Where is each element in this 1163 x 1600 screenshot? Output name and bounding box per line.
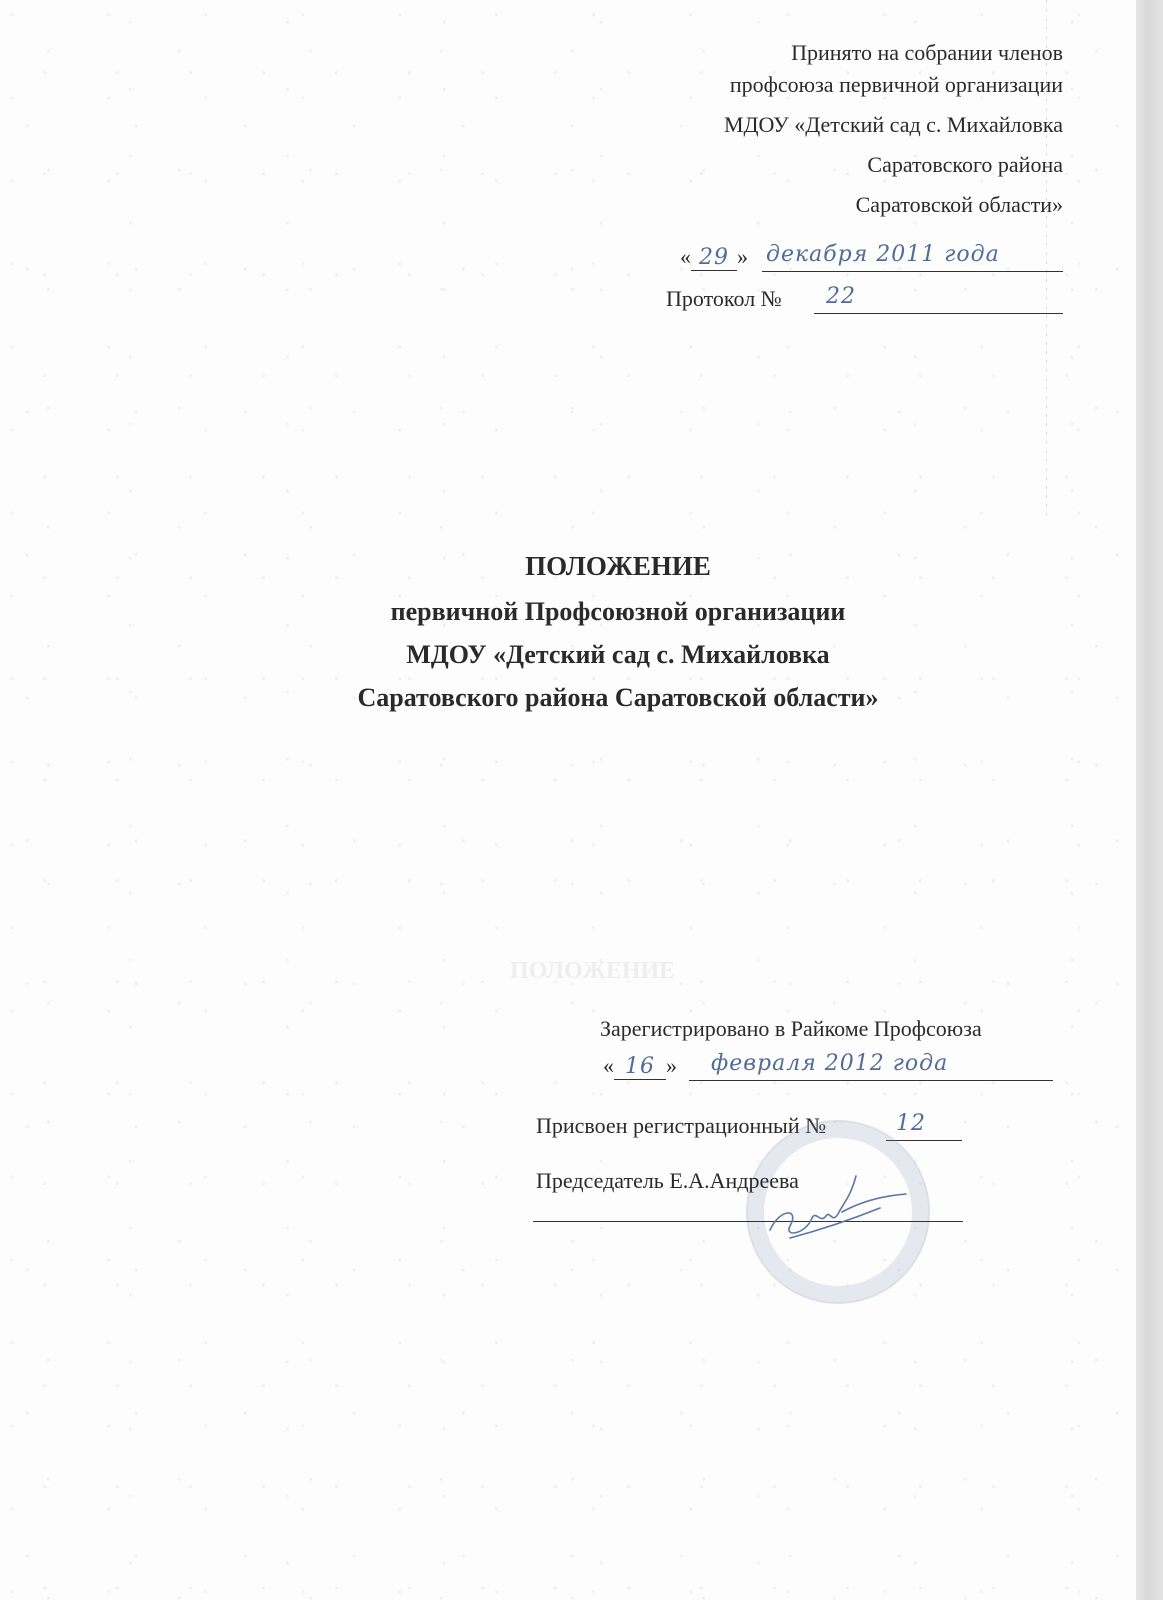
title-line: Саратовского района Саратовской области»	[0, 685, 1163, 711]
reg-number: 12	[896, 1111, 926, 1136]
date-underline	[689, 1080, 1053, 1081]
approval-date: «29» декабря 2011 года	[680, 244, 1063, 274]
approval-month-year: декабря 2011 года	[766, 242, 1000, 267]
bleed-through-text: ПОЛОЖЕНИЕ	[510, 958, 675, 985]
close-quote: »	[737, 244, 748, 269]
scan-noise	[0, 0, 1163, 1600]
protocol-number: 22	[826, 284, 856, 309]
registration-day: 16	[614, 1054, 666, 1080]
title-heading: ПОЛОЖЕНИЕ	[0, 553, 1163, 580]
protocol-underline	[814, 313, 1063, 314]
approval-line: профсоюза первичной организации	[643, 74, 1063, 96]
approval-line: Принято на собрании членов	[643, 42, 1063, 64]
open-quote: «	[680, 244, 691, 269]
protocol-row: Протокол № 22	[666, 286, 1063, 316]
approval-line: МДОУ «Детский сад с. Михайловка	[643, 114, 1063, 136]
approval-line: Саратовской области»	[643, 194, 1063, 216]
approval-day: 29	[691, 245, 737, 271]
registered-label: Зарегистрировано в Райкоме Профсоюза	[600, 1016, 982, 1042]
close-quote: »	[666, 1053, 677, 1078]
approval-line: Саратовского района	[643, 154, 1063, 176]
reg-number-label: Присвоен регистрационный №	[536, 1113, 826, 1138]
reg-number-row: Присвоен регистрационный № 12	[536, 1113, 962, 1143]
document-title: ПОЛОЖЕНИЕ первичной Профсоюзной организа…	[0, 553, 1163, 728]
signature-icon	[760, 1168, 910, 1248]
title-line: МДОУ «Детский сад с. Михайловка	[0, 642, 1163, 668]
protocol-label: Протокол №	[666, 286, 782, 311]
approval-block: Принято на собрании членов профсоюза пер…	[643, 42, 1063, 216]
scanner-border	[1136, 0, 1163, 1600]
title-line: первичной Профсоюзной организации	[0, 599, 1163, 625]
open-quote: «	[603, 1053, 614, 1078]
registration-date: «16» февраля 2012 года	[603, 1053, 1053, 1083]
registration-month-year: февраля 2012 года	[711, 1051, 948, 1076]
date-underline	[762, 271, 1063, 272]
